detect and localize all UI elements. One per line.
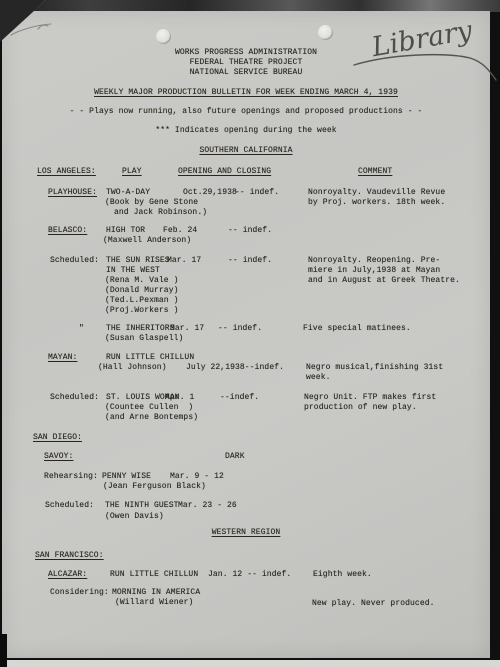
opening-date: Mar. 17: [170, 324, 204, 334]
comment-line: Negro musical,finishing 31st: [306, 363, 443, 373]
legend-note: *** Indicates opening during the week: [2, 126, 490, 136]
section-title-western-region: WESTERN REGION: [2, 528, 490, 538]
status-dark: DARK: [225, 452, 245, 462]
agency-name: WORKS PROGRESS ADMINISTRATION: [2, 48, 490, 58]
run-dates: Jan. 12 -- indef.: [208, 570, 291, 580]
play-title: HIGH TOR: [106, 226, 145, 236]
play-title: PENNY WISE: [102, 472, 151, 482]
column-header-comment: COMMENT: [358, 167, 392, 177]
play-title: THE INHERITORS: [106, 324, 175, 334]
project-name: FEDERAL THEATRE PROJECT: [2, 58, 490, 68]
venue-label: ALCAZAR:: [48, 570, 87, 580]
comment-line: Negro Unit. FTP makes first: [304, 393, 436, 403]
comment-line: by Proj. workers. 18th week.: [308, 198, 445, 208]
comment-line: week.: [306, 373, 331, 383]
section-title-southern-california: SOUTHERN CALIFORNIA: [2, 146, 490, 156]
opening-date: Feb. 24: [163, 226, 197, 236]
column-header-play: PLAY: [122, 167, 142, 177]
credit-line: (Owen Davis): [105, 512, 164, 522]
credit-line: (and Arne Bontemps): [105, 413, 198, 423]
credit-line: (Ted.L.Pexman ): [105, 296, 179, 306]
section-title-san-francisco: SAN FRANCISCO:: [35, 551, 104, 561]
column-header-dates: OPENING AND CLOSING: [178, 167, 271, 177]
ditto-mark: ": [79, 324, 84, 334]
closing-date: -- indef.: [235, 188, 279, 198]
credit-line: (Donald Murray): [105, 286, 179, 296]
venue-label: PLAYHOUSE:: [48, 188, 97, 198]
credit-line: (Hall Johnson): [98, 363, 167, 373]
venue-label: MAYAN:: [48, 353, 77, 363]
column-header-city: LOS ANGELES:: [37, 167, 96, 177]
credit-line: (Countee Cullen ): [105, 403, 193, 413]
opening-date: Mar. 17: [167, 256, 201, 266]
comment-line: production of new play.: [304, 403, 417, 413]
closing-date: -- indef.: [228, 256, 272, 266]
punch-hole: [318, 25, 333, 40]
closing-date: -- indef.: [218, 324, 262, 334]
venue-label: BELASCO:: [48, 226, 87, 236]
pencil-mark: [8, 16, 54, 42]
run-dates: Mar. 23 - 26: [178, 501, 237, 511]
comment-line: Nonroyalty. Vaudeville Revue: [308, 188, 445, 198]
comment-line: Five special matinees.: [303, 324, 411, 334]
run-dates: Mar. 9 - 12: [170, 472, 224, 482]
punch-hole: [156, 29, 171, 44]
closing-date: -- indef.: [228, 226, 272, 236]
play-title: RUN LITTLE CHILLUN: [106, 353, 194, 363]
play-title: TWO-A-DAY: [106, 188, 150, 198]
status-label: Scheduled:: [50, 256, 99, 266]
run-dates: July 22,1938--indef.: [186, 363, 284, 373]
status-label: Rehearsing:: [44, 472, 98, 482]
comment-line: Eighth week.: [313, 570, 372, 580]
credit-line: (Proj.Workers ): [105, 306, 179, 316]
play-title: MORNING IN AMERICA: [112, 588, 200, 598]
bulletin-subtitle: - - Plays now running, also future openi…: [2, 107, 490, 117]
play-title: RUN LITTLE CHILLUN: [110, 570, 198, 580]
comment-line: New play. Never produced.: [312, 599, 435, 609]
credit-line: (Jean Ferguson Black): [103, 482, 206, 492]
opening-date: Apr. 1: [165, 393, 194, 403]
play-title: THE SUN RISES: [106, 256, 170, 266]
photo-bottom-left-edge: [0, 634, 7, 667]
scanned-document-photo: Library WORKS PROGRESS ADMINISTRATION FE…: [0, 0, 500, 667]
credit-line: (Rena M. Vale ): [105, 276, 179, 286]
credit-line: (Willard Wiener): [115, 598, 193, 608]
credit-line: (Maxwell Anderson): [103, 236, 191, 246]
under-sheet-edge: [7, 660, 500, 667]
status-label: Scheduled:: [45, 501, 94, 511]
play-title: THE NINTH GUEST: [105, 501, 179, 511]
bureau-name: NATIONAL SERVICE BUREAU: [2, 68, 490, 78]
bulletin-title: WEEKLY MAJOR PRODUCTION BULLETIN FOR WEE…: [2, 88, 490, 98]
credit-line: and Jack Robinson.): [114, 208, 207, 218]
status-label: Scheduled:: [50, 393, 99, 403]
status-label: Considering:: [50, 588, 109, 598]
credit-line: (Susan Glaspell): [105, 334, 183, 344]
section-title-san-diego: SAN DIEGO:: [33, 433, 82, 443]
venue-label: SAVOY:: [44, 452, 73, 462]
closing-date: --indef.: [220, 393, 259, 403]
opening-date: Oct.29,1938: [183, 188, 237, 198]
comment-line: miere in July,1938 at Mayan: [308, 266, 440, 276]
credit-line: (Book by Gene Stone: [105, 198, 198, 208]
play-title: IN THE WEST: [106, 266, 160, 276]
comment-line: Nonroyalty. Reopening. Pre-: [308, 256, 440, 266]
comment-line: and in August at Greek Theatre.: [308, 276, 460, 286]
